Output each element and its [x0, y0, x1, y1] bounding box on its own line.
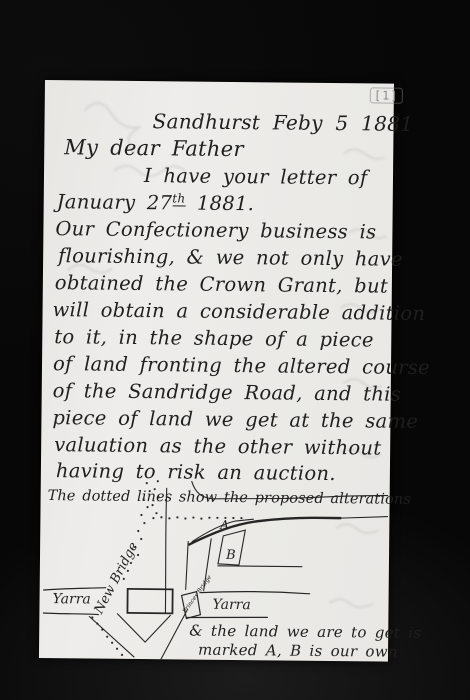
body-line: having to risk an auction. — [56, 459, 336, 486]
page-number-stamp: [1] — [370, 87, 403, 103]
body-line: valuation as the other without — [54, 433, 381, 460]
marker-b-label: B — [225, 548, 236, 563]
body-line: will obtain a considerable addition — [52, 298, 425, 326]
date-line: January 27th 1881. — [57, 190, 255, 216]
letter-page: [1] Sandhurst Feby 5 1881 My dear Father… — [39, 80, 394, 662]
body-line: piece of land we get at the same — [52, 406, 418, 434]
new-bridge-label: New Bridge — [91, 540, 141, 618]
body-line: obtained the Crown Grant, but — [55, 271, 388, 298]
river-label-left: Yarra — [52, 591, 90, 607]
dateline: Sandhurst Feby 5 1881 — [152, 109, 413, 136]
body-line: of land fronting the altered course — [53, 352, 430, 380]
body-line: flourishing, & we not only have — [58, 244, 403, 272]
opening-line: I have your letter of — [144, 164, 368, 190]
small-bridge-label: Princes Bridge — [181, 574, 214, 616]
river-outline — [43, 587, 309, 620]
date-line-pre: January 27 — [57, 190, 173, 214]
marker-a-label: A — [219, 518, 229, 532]
body-line: of the Sandridge Road, and this — [53, 379, 402, 407]
salutation: My dear Father — [64, 135, 244, 161]
date-line-ordinal: th — [172, 191, 185, 206]
scanned-letter-photo: [1] Sandhurst Feby 5 1881 My dear Father… — [0, 0, 470, 700]
sketch-note-line: marked A, B is our own — [198, 638, 398, 664]
body-line: Our Confectionery business is — [55, 217, 376, 244]
date-line-post: 1881. — [185, 191, 254, 215]
sketch-caption: The dotted lines show the proposed alter… — [48, 484, 411, 512]
body-line: to it, in the shape of a piece — [54, 325, 374, 352]
river-label-right: Yarra — [212, 597, 250, 613]
new-bridge-rectangle — [127, 589, 172, 613]
